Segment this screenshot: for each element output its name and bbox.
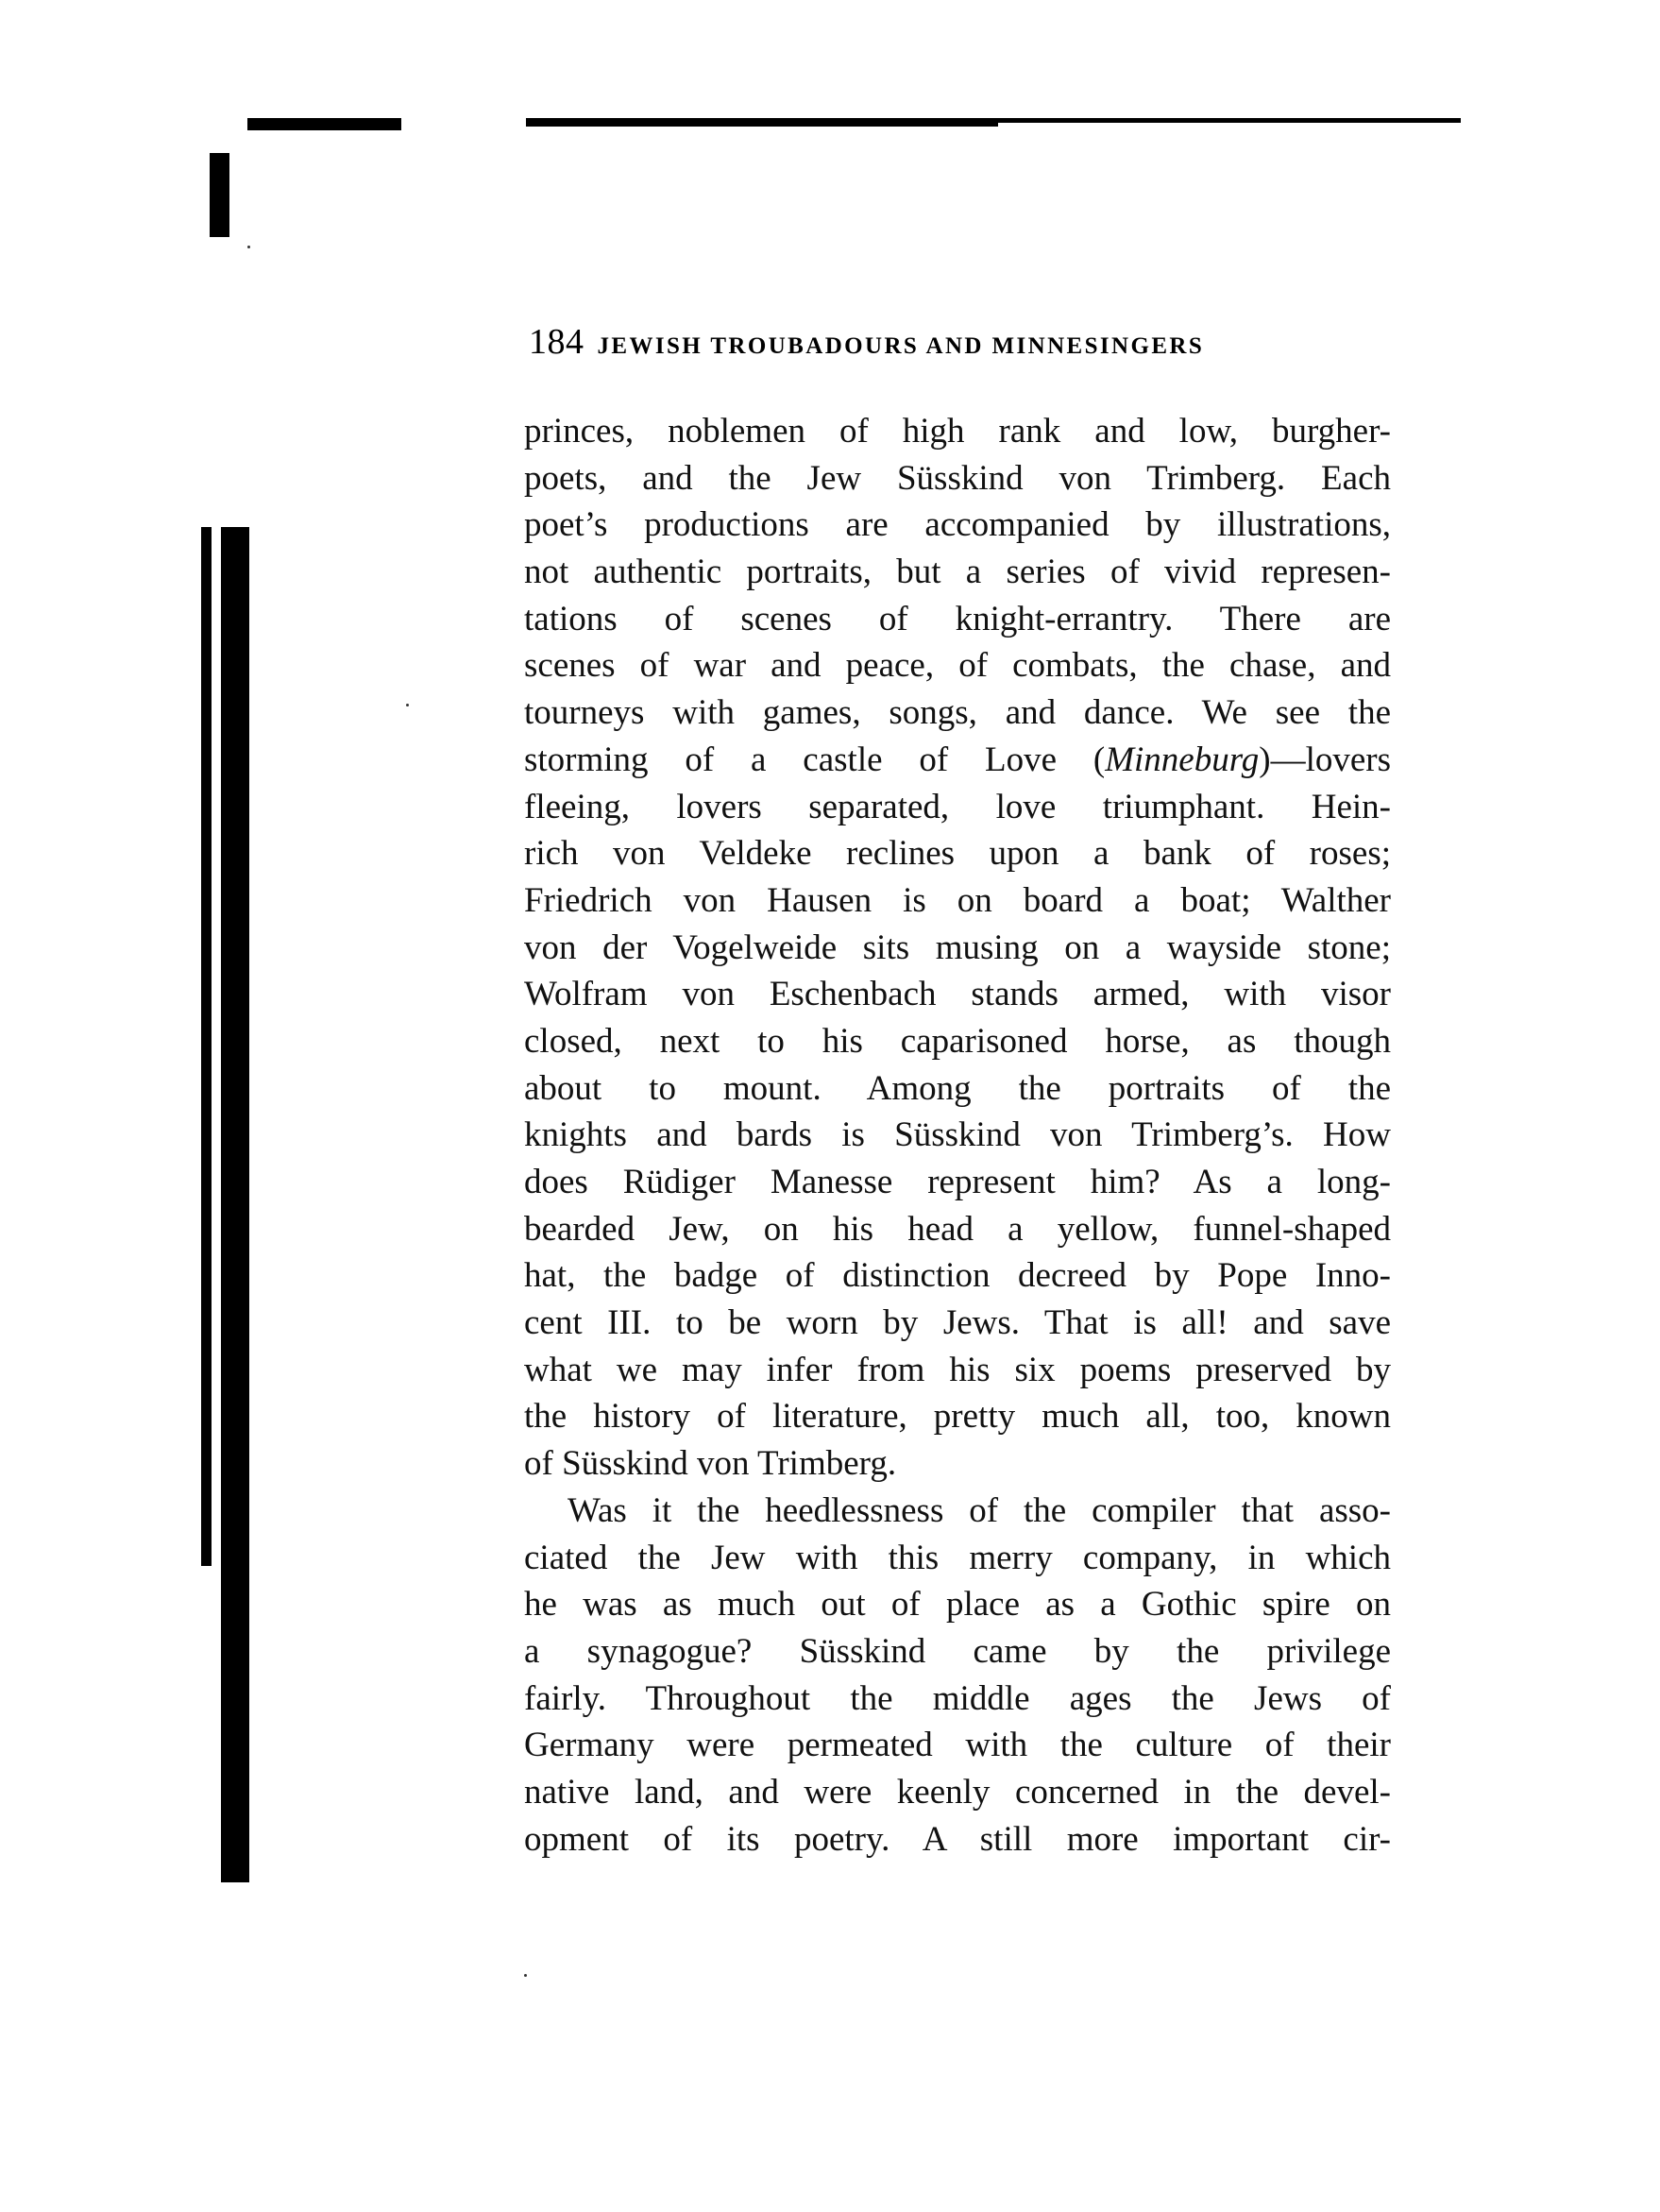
text-line: about to mount. Among the portraits of t… — [524, 1065, 1391, 1113]
text-line: poet’s productions are accompanied by il… — [524, 502, 1391, 549]
text-line: cent III. to be worn by Jews. That is al… — [524, 1300, 1391, 1347]
text-line-indented: Was it the heedlessness of the compiler … — [524, 1488, 1391, 1535]
text-segment: )—lovers — [1259, 740, 1391, 779]
text-line: knights and bards is Süsskind von Trimbe… — [524, 1112, 1391, 1159]
text-line: opment of its poetry. A still more impor… — [524, 1816, 1391, 1863]
text-segment: storming of a castle of Love ( — [524, 740, 1105, 779]
left-thick-scan-bar — [221, 527, 249, 1882]
top-scan-rule-thick-part — [526, 118, 998, 127]
text-line: a synagogue? Süsskind came by the privil… — [524, 1628, 1391, 1676]
text-line-with-italic: storming of a castle of Love (Minneburg)… — [524, 737, 1391, 784]
text-line: fairly. Throughout the middle ages the J… — [524, 1676, 1391, 1723]
text-line: what we may infer from his six poems pre… — [524, 1347, 1391, 1394]
top-left-scan-rule — [247, 118, 401, 130]
running-head-title: JEWISH TROUBADOURS AND MINNESINGERS — [598, 333, 1205, 359]
page-number: 184 — [529, 322, 584, 362]
left-thin-scan-bar — [201, 527, 212, 1566]
text-line: bearded Jew, on his head a yellow, funne… — [524, 1206, 1391, 1253]
text-line: rich von Veldeke reclines upon a bank of… — [524, 830, 1391, 877]
text-line: Germany were permeated with the culture … — [524, 1722, 1391, 1769]
text-line: poets, and the Jew Süsskind von Trimberg… — [524, 455, 1391, 502]
text-line: princes, noblemen of high rank and low, … — [524, 408, 1391, 455]
scan-speck — [247, 246, 250, 248]
scan-speck — [524, 1974, 527, 1977]
text-line: native land, and were keenly concerned i… — [524, 1769, 1391, 1816]
text-line: tations of scenes of knight-errantry. Th… — [524, 596, 1391, 643]
running-head: 184JEWISH TROUBADOURS AND MINNESINGERS — [529, 321, 1341, 370]
text-line: von der Vogelweide sits musing on a ways… — [524, 925, 1391, 972]
paragraph-1: princes, noblemen of high rank and low, … — [524, 408, 1391, 1488]
scan-speck — [406, 704, 409, 706]
text-line: Wolfram von Eschenbach stands armed, wit… — [524, 971, 1391, 1018]
text-line: hat, the badge of distinction decreed by… — [524, 1252, 1391, 1300]
text-line: tourneys with games, songs, and dance. W… — [524, 689, 1391, 737]
text-line: he was as much out of place as a Gothic … — [524, 1581, 1391, 1628]
left-short-scan-bar — [210, 153, 229, 237]
text-line: Friedrich von Hausen is on board a boat;… — [524, 877, 1391, 925]
text-line: does Rüdiger Manesse represent him? As a… — [524, 1159, 1391, 1206]
text-line: ciated the Jew with this merry company, … — [524, 1535, 1391, 1582]
paragraph-2: Was it the heedlessness of the compiler … — [524, 1488, 1391, 1863]
text-line: the history of literature, pretty much a… — [524, 1393, 1391, 1440]
text-line: scenes of war and peace, of combats, the… — [524, 642, 1391, 689]
italic-term: Minneburg — [1105, 740, 1259, 779]
text-line: fleeing, lovers separated, love triumpha… — [524, 784, 1391, 831]
text-line: not authentic portraits, but a series of… — [524, 549, 1391, 596]
body-text: princes, noblemen of high rank and low, … — [524, 408, 1391, 1863]
text-line: closed, next to his caparisoned horse, a… — [524, 1018, 1391, 1065]
text-line-paragraph-end: of Süsskind von Trimberg. — [524, 1440, 1391, 1488]
scanned-book-page: 184JEWISH TROUBADOURS AND MINNESINGERS p… — [0, 0, 1660, 2212]
